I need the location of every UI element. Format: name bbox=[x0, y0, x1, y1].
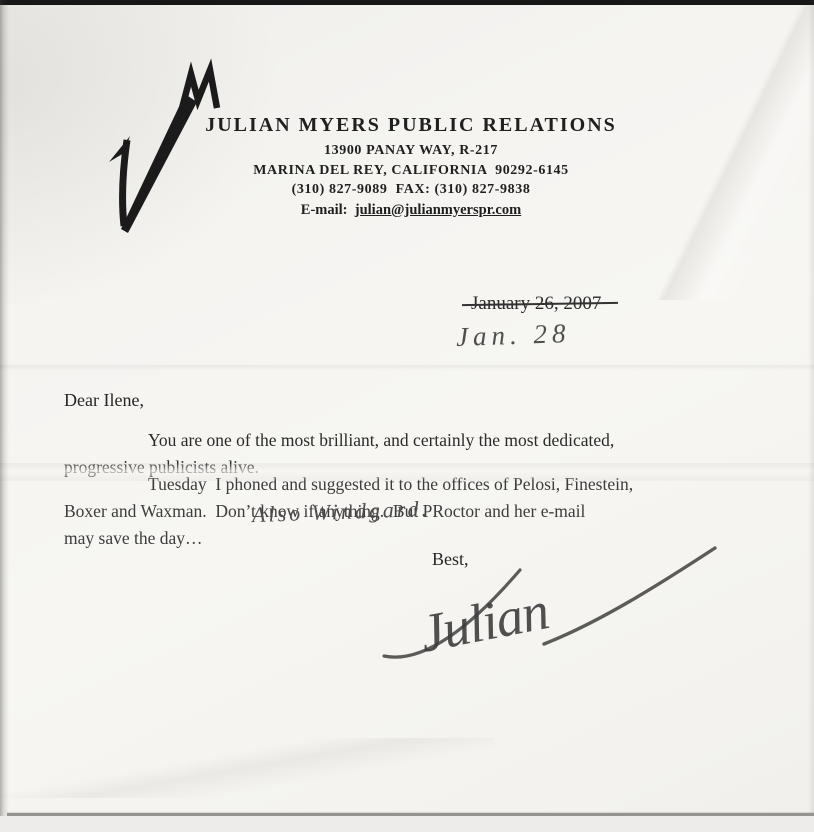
scanned-letter: JULIAN MYERS PUBLIC RELATIONS 13900 PANA… bbox=[0, 0, 814, 832]
signature-tail-flourish bbox=[544, 548, 715, 644]
signature-name: Julian bbox=[415, 580, 553, 664]
scanner-background bbox=[0, 816, 814, 832]
letterhead-phone-fax: (310) 827-9089 FAX: (310) 827-9838 bbox=[161, 180, 661, 200]
scan-top-edge bbox=[0, 0, 814, 5]
paper-fold-line-upper bbox=[0, 365, 814, 371]
handwritten-signature: Julian bbox=[368, 538, 728, 688]
letterhead-address: 13900 PANAY WAY, R-217 bbox=[161, 141, 661, 161]
email-address: julian@julianmyerspr.com bbox=[355, 202, 521, 218]
salutation: Dear Ilene, bbox=[64, 390, 144, 411]
paragraph-line: You are one of the most brilliant, and c… bbox=[64, 427, 744, 454]
company-name: JULIAN MYERS PUBLIC RELATIONS bbox=[161, 114, 661, 137]
letterhead-city: MARINA DEL REY, CALIFORNIA 90292-6145 bbox=[161, 161, 661, 181]
paper-fold-line-lower bbox=[0, 738, 494, 798]
paper-left-edge bbox=[0, 0, 9, 832]
paper-right-edge bbox=[808, 0, 814, 832]
letterhead-email-line: E-mail: julian@julianmyerspr.com bbox=[161, 200, 661, 220]
handwritten-date: Jan. 28 bbox=[455, 318, 570, 353]
email-label: E-mail: bbox=[301, 202, 348, 218]
letterhead: JULIAN MYERS PUBLIC RELATIONS 13900 PANA… bbox=[161, 114, 661, 220]
typed-date-struck-through: January 26, 2007 bbox=[471, 293, 601, 315]
paper-fold-line-middle bbox=[0, 463, 814, 481]
